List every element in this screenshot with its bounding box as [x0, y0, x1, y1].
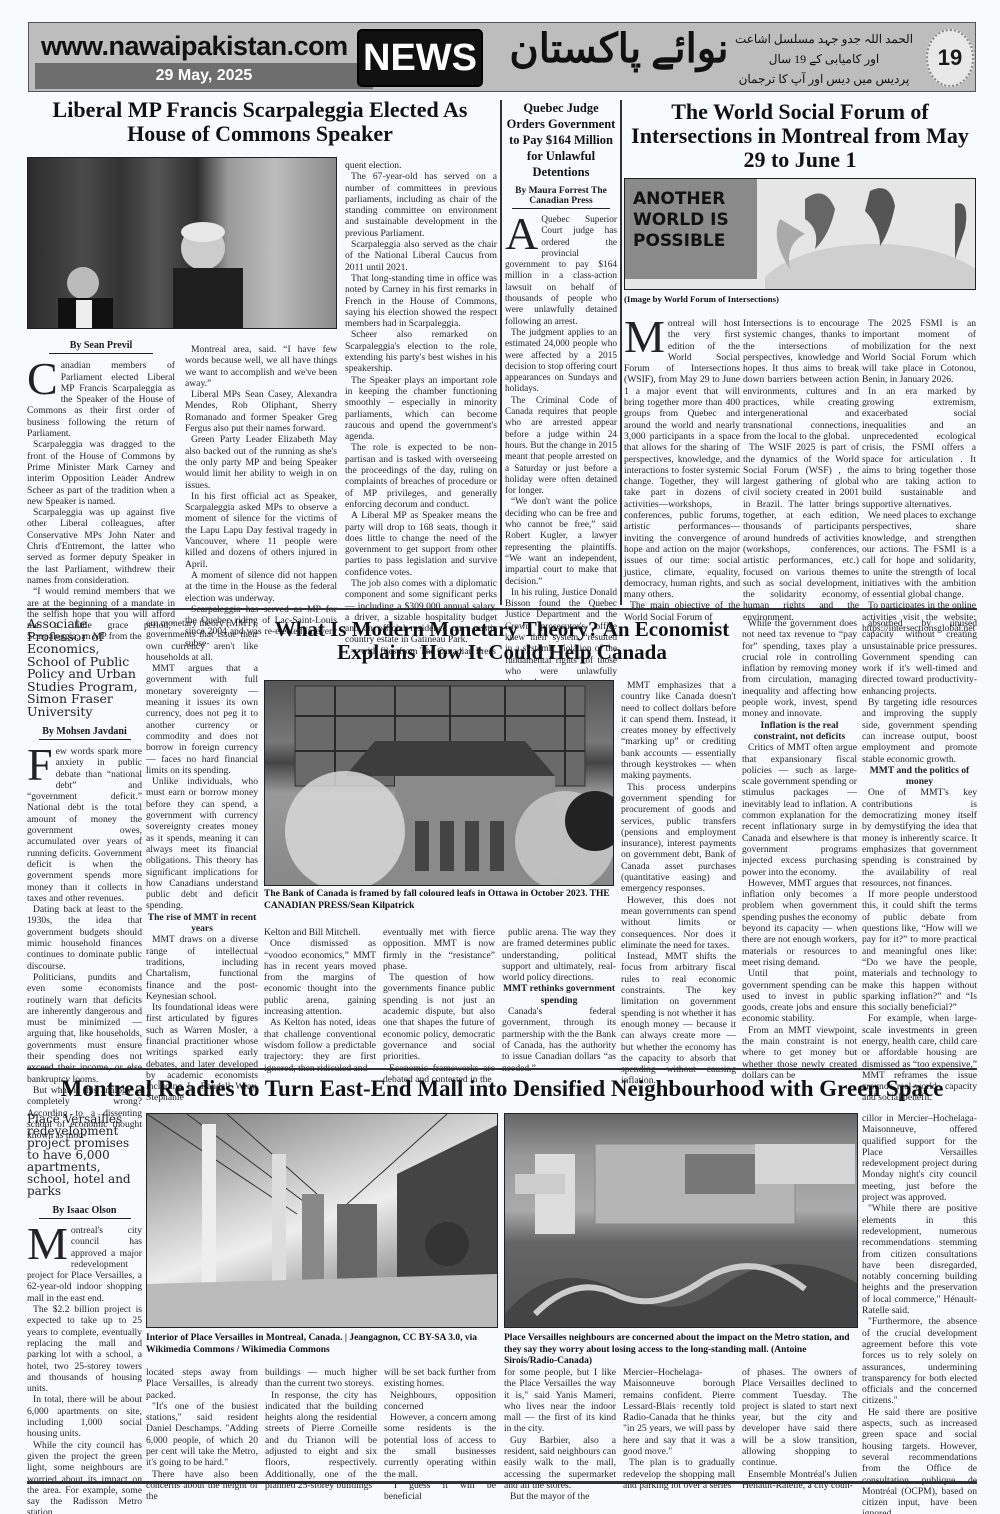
aerial-view-illustration: [505, 1114, 858, 1328]
paragraph: The Criminal Code of Canada requires tha…: [505, 396, 617, 498]
paragraph: The question of how governments finance …: [383, 972, 495, 1062]
paragraph: Mercier–Hochelaga-Maisonneuve borough re…: [623, 1367, 735, 1457]
paragraph: of phases. The owners of Place Versaille…: [742, 1367, 857, 1469]
paragraph: That long-standing time in office was no…: [345, 273, 497, 329]
paragraph: He said there are positive aspects, such…: [862, 1407, 977, 1514]
paragraph: While the city council has given the pro…: [27, 1440, 142, 1514]
photo-bank-of-canada: [264, 680, 614, 886]
paragraph: Unlike individuals, who must earn or bor…: [146, 776, 258, 912]
paragraph: Ensemble Montréal's Julien Hénault-Ratel…: [742, 1469, 857, 1492]
paragraph: We need places to exchange perspectives,…: [862, 510, 976, 600]
paragraph: Until that point, government spending ca…: [742, 968, 857, 1024]
wsf-col-2: Intersections is to encourage systemic c…: [743, 318, 859, 623]
photo-mall-interior: [146, 1113, 498, 1328]
mall-col-1: Place Versailles redevelopment project p…: [27, 1113, 142, 1514]
speaker-photo-illustration: [28, 158, 337, 329]
paragraph: By targeting idle resources and improvin…: [862, 697, 977, 765]
paragraph: Montreal area, said. “I have few words b…: [185, 344, 337, 389]
headline-wsf: The World Social Forum of Intersections …: [625, 100, 975, 173]
page-number-badge: 19: [926, 29, 974, 87]
paragraph: A moment of silence did not happen at th…: [185, 570, 337, 604]
column-divider: [620, 100, 622, 605]
paragraph: In an era marked by growing extremism, e…: [862, 386, 976, 510]
page-bottom-rule: [27, 1481, 977, 1484]
subheading: MMT rethinks government spending: [502, 983, 616, 1006]
mmt-col-5: MMT emphasizes that a country like Canad…: [621, 680, 736, 1087]
paragraph: Critics of MMT often argue that expansio…: [742, 742, 857, 878]
headline-mmt: What Is Modern Monetary Theory? An Econo…: [262, 618, 742, 664]
caption-bank-of-canada: The Bank of Canada is framed by fall col…: [264, 889, 616, 912]
paragraph: eventually met with fierce opposition. M…: [383, 927, 495, 972]
paragraph: The WSIF 2025 is part of the dynamics of…: [743, 442, 859, 623]
paragraph: There have also been concerns about the …: [146, 1469, 258, 1503]
paragraph: The 67-year-old has served on a number o…: [345, 171, 497, 239]
paragraph: "While there are positive elements in th…: [862, 1203, 977, 1316]
byline-speaker: By Sean Previl: [49, 340, 153, 354]
paragraph: buildings — much higher than the current…: [265, 1367, 377, 1390]
paragraph: for some people, but I like the Place Ve…: [504, 1367, 616, 1435]
byline-mmt: By Mohsen Javdani: [39, 726, 131, 740]
paragraph: As Kelton has noted, ideas that challeng…: [264, 1017, 376, 1073]
paragraph: Liberal MPs Sean Casey, Alexandra Mendes…: [185, 389, 337, 434]
headline-speaker: Liberal MP Francis Scarpaleggia Elected …: [30, 98, 490, 146]
paragraph: Green Party Leader Elizabeth May also ba…: [185, 434, 337, 490]
section-divider: [27, 608, 977, 610]
mmt-col-2: ern monetary theory (MMT), governments t…: [146, 618, 258, 1104]
paragraph: "It's one of the busiest stations," said…: [146, 1401, 258, 1469]
photo-wsf: ANOTHER WORLD IS POSSIBLE: [624, 178, 976, 290]
paragraph: located steps away from Place Versailles…: [146, 1367, 258, 1401]
mmt-col-4: eventually met with fierce opposition. M…: [383, 927, 495, 1085]
paragraph: In his first official act as Speaker, Sc…: [185, 491, 337, 570]
column-divider: [500, 100, 502, 605]
byline-judge: By Maura Forrest The Canadian Press: [512, 186, 611, 209]
paragraph: “We don't want the police deciding who c…: [505, 497, 617, 587]
paragraph: This process underpins government spendi…: [621, 782, 736, 895]
headline-mall: Montreal Readies to Turn East-End Mall i…: [27, 1076, 977, 1101]
speaker-col-2: Montreal area, said. “I have few words b…: [185, 344, 337, 649]
paragraph: Scarpaleggia was up against five other L…: [27, 507, 175, 586]
website-url[interactable]: www.nawaipakistan.com: [41, 31, 348, 62]
sign-another-world: ANOTHER WORLD IS POSSIBLE: [625, 179, 757, 279]
drop-cap: F: [27, 746, 56, 784]
paragraph: quent election.: [345, 160, 497, 171]
paragraph: A Liberal MP as Speaker means the party …: [345, 510, 497, 578]
paragraph: Kelton and Bill Mitchell.: [264, 927, 376, 938]
paragraph: While the government does not need tax r…: [742, 618, 857, 720]
paragraph: cillor in Mercier–Hochelaga-Maisonneuve,…: [862, 1113, 977, 1203]
urdu-tagline: الحمد اللہ جدو جہد مسلسل اشاعت اور کامیا…: [729, 29, 919, 89]
paragraph: The Speaker plays an important role in k…: [345, 375, 497, 443]
author-title: Associate Professor of Economics, School…: [27, 618, 142, 718]
mall-col-8: cillor in Mercier–Hochelaga-Maisonneuve,…: [862, 1113, 977, 1514]
newspaper-logo-urdu: نوائے پاکستان: [509, 25, 729, 72]
judge-article: Quebec Judge Orders Government to Pay $1…: [505, 100, 617, 689]
paragraph: One of MMT's key contributions is democr…: [862, 787, 977, 889]
paragraph: The $2.2 billion project is expected to …: [27, 1304, 142, 1394]
paragraph: absorbed by unused capacity without crea…: [862, 618, 977, 697]
drop-cap: C: [27, 360, 61, 398]
paragraph: Instead, MMT shifts the focus from arbit…: [621, 951, 736, 1087]
wsf-col-1: M ontreal will host the very first editi…: [624, 318, 740, 623]
paragraph: Dating back at least to the 1930s, the i…: [27, 904, 142, 972]
urdu-tagline-line-1: الحمد اللہ جدو جہد مسلسل اشاعت اور کامیا…: [729, 29, 919, 69]
speaker-col-3: quent election. The 67-year-old has serv…: [345, 160, 497, 657]
subheading: Inflation is the real constraint, not de…: [742, 720, 857, 743]
headline-judge: Quebec Judge Orders Government to Pay $1…: [505, 100, 617, 180]
section-divider: [27, 1068, 977, 1070]
photo-speaker: [27, 157, 337, 329]
paragraph: MMT draws on a diverse range of intellec…: [146, 934, 258, 1002]
paragraph: "Furthermore, the absence of the crucial…: [862, 1316, 977, 1406]
paragraph: The role is expected to be non-partisan …: [345, 442, 497, 510]
drop-cap: A: [505, 215, 541, 253]
paragraph: public arena. The way they are framed de…: [502, 927, 616, 983]
paragraph: Neighbours, opposition concerned: [384, 1390, 496, 1413]
paragraph: In total, there will be about 6,000 apar…: [27, 1394, 142, 1439]
paragraph: However, MMT argues that inflation only …: [742, 878, 857, 968]
subheading: The rise of MMT in recent years: [146, 912, 258, 935]
issue-date: 29 May, 2025: [35, 63, 373, 89]
mall-col-7: of phases. The owners of Place Versaille…: [742, 1367, 857, 1491]
photo-mall-aerial: [504, 1113, 858, 1328]
paragraph: MMT emphasizes that a country like Canad…: [621, 680, 736, 782]
mmt-col-6: While the government does not need tax r…: [742, 618, 857, 1081]
caption-wsf: (Image by World Forum of Intersections): [624, 294, 779, 306]
paragraph: In response, the city has indicated that…: [265, 1390, 377, 1492]
byline-mall: By Isaac Olson: [39, 1205, 131, 1219]
paragraph: The judgment applies to an estimated 24,…: [505, 328, 617, 396]
paragraph: Scarpaleggia also served as the chair of…: [345, 239, 497, 273]
caption-mall-aerial: Place Versailles neighbours are concerne…: [504, 1333, 860, 1368]
urdu-tagline-line-2: پردیس میں دیس اور آپ کا ترجمان: [729, 69, 919, 89]
deck-mall: Place Versailles redevelopment project p…: [27, 1113, 142, 1197]
masthead: www.nawaipakistan.com 29 May, 2025 NEWS …: [28, 22, 976, 92]
mall-body-col-1: M ontreal's city council has approved a …: [27, 1225, 142, 1514]
mall-interior-illustration: [147, 1114, 498, 1328]
globe-speech-bubbles-illustration: [765, 179, 976, 290]
paragraph: From an MMT viewpoint, the main constrai…: [742, 1025, 857, 1081]
paragraph: will be set back further from existing h…: [384, 1367, 496, 1390]
paragraph: The 2025 FSMI is an important moment of …: [862, 318, 976, 386]
paragraph: Scarpaleggia was dragged to the front of…: [27, 439, 175, 507]
caption-mall-interior: Interior of Place Versailles in Montreal…: [146, 1333, 500, 1356]
paragraph: The plan is to gradually redevelop the s…: [623, 1457, 735, 1491]
paragraph: ern monetary theory (MMT), governments t…: [146, 618, 258, 663]
paragraph: If more people understood this, it could…: [862, 889, 977, 1013]
paragraph: Scheer also remarked on Scarpaleggia's e…: [345, 329, 497, 374]
speaker-col-1: By Sean Previl C anadian members of Parl…: [27, 340, 175, 643]
drop-cap: M: [27, 1225, 71, 1263]
mmt-col-1: Associate Professor of Economics, School…: [27, 618, 142, 1141]
mall-col-6: Mercier–Hochelaga-Maisonneuve borough re…: [623, 1367, 735, 1491]
mall-col-3: buildings — much higher than the current…: [265, 1367, 377, 1491]
news-badge: NEWS: [357, 29, 483, 87]
bank-of-canada-illustration: [265, 681, 614, 886]
paragraph: However, a concern among some residents …: [384, 1412, 496, 1480]
paragraph: Once dismissed as “voodoo economics,” MM…: [264, 938, 376, 1017]
mmt-col-7: absorbed by unused capacity without crea…: [862, 618, 977, 1104]
paragraph: Intersections is to encourage systemic c…: [743, 318, 859, 442]
paragraph: However, this does not mean governments …: [621, 895, 736, 951]
mmt-col-5-under: public arena. The way they are framed de…: [502, 927, 616, 1074]
drop-cap: M: [624, 318, 668, 356]
paragraph: But the mayor of the: [504, 1491, 616, 1502]
paragraph: Canada's federal government, through its…: [502, 1006, 616, 1074]
mmt-col-3: Kelton and Bill Mitchell. Once dismissed…: [264, 927, 376, 1074]
wsf-col-3: The 2025 FSMI is an important moment of …: [862, 318, 976, 634]
subheading: MMT and the politics of money: [862, 765, 977, 788]
paragraph: MMT argues that a government with full m…: [146, 663, 258, 776]
